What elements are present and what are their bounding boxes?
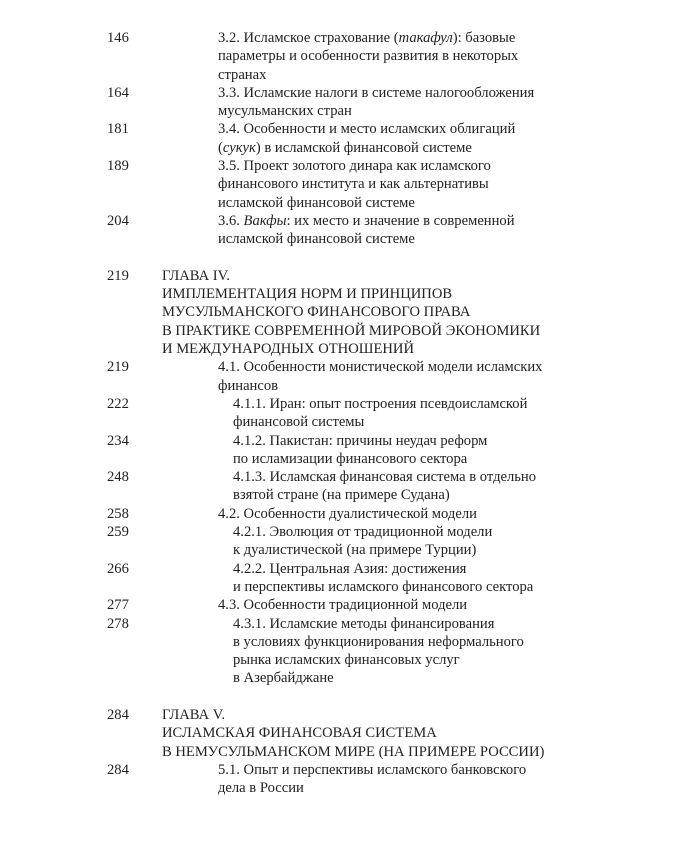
- entry-title: 4.1.3. Исламская финансовая система в от…: [233, 468, 675, 505]
- page-number: 222: [107, 395, 129, 413]
- entry-title: 4.1.2. Пакистан: причины неудач реформ п…: [233, 432, 675, 469]
- page-number: 181: [107, 120, 129, 138]
- page-number: 204: [107, 212, 129, 230]
- toc-entry-section: 1643.3. Исламские налоги в системе налог…: [0, 84, 675, 121]
- entry-title: 5.1. Опыт и перспективы исламского банко…: [218, 761, 675, 798]
- italic-term: сукук: [223, 140, 256, 156]
- toc-entry-section: 1813.4. Особенности и место исламских об…: [0, 120, 675, 157]
- page-number: 259: [107, 523, 129, 541]
- toc-entry-section: 1463.2. Исламское страхование (такафул):…: [0, 29, 675, 84]
- toc-entry-subsection: 2664.2.2. Центральная Азия: достижения и…: [0, 560, 675, 597]
- toc-entry-subsection: 2484.1.3. Исламская финансовая система в…: [0, 468, 675, 505]
- entry-title: 3.4. Особенности и место исламских облиг…: [218, 120, 675, 157]
- entry-title: 4.3.1. Исламские методы финансирования в…: [233, 615, 675, 688]
- toc-entry-subsection: 2224.1.1. Иран: опыт построения псевдоис…: [0, 395, 675, 432]
- page-number: 258: [107, 505, 129, 523]
- page-number: 189: [107, 157, 129, 175]
- italic-term: такафул: [399, 30, 453, 46]
- toc-entry-section: 2774.3. Особенности традиционной модели: [0, 596, 675, 614]
- entry-title: 4.2.1. Эволюция от традиционной модели к…: [233, 523, 675, 560]
- entry-title: 3.3. Исламские налоги в системе налогооб…: [218, 84, 675, 121]
- page-number: 284: [107, 706, 129, 724]
- entry-title: 3.6. Вакфы: их место и значение в соврем…: [218, 212, 675, 249]
- page-number: 277: [107, 596, 129, 614]
- page-number: 266: [107, 560, 129, 578]
- toc-entry-section: 2043.6. Вакфы: их место и значение в сов…: [0, 212, 675, 249]
- spacer: [0, 688, 675, 706]
- entry-title: 4.2.2. Центральная Азия: достижения и пе…: [233, 560, 675, 597]
- entry-title: ГЛАВА V. ИСЛАМСКАЯ ФИНАНСОВАЯ СИСТЕМА В …: [162, 706, 675, 761]
- entry-title: ГЛАВА IV. ИМПЛЕМЕНТАЦИЯ НОРМ И ПРИНЦИПОВ…: [162, 267, 675, 358]
- table-of-contents: 1463.2. Исламское страхование (такафул):…: [0, 29, 675, 797]
- toc-entry-section: 2845.1. Опыт и перспективы исламского ба…: [0, 761, 675, 798]
- page-number: 248: [107, 468, 129, 486]
- entry-title: 4.1.1. Иран: опыт построения псевдоислам…: [233, 395, 675, 432]
- toc-entry-section: 1893.5. Проект золотого динара как ислам…: [0, 157, 675, 212]
- entry-title: 3.5. Проект золотого динара как исламско…: [218, 157, 675, 212]
- page-number: 146: [107, 29, 129, 47]
- toc-entry-section: 2584.2. Особенности дуалистической модел…: [0, 505, 675, 523]
- toc-entry-chapter: 284ГЛАВА V. ИСЛАМСКАЯ ФИНАНСОВАЯ СИСТЕМА…: [0, 706, 675, 761]
- spacer: [0, 249, 675, 267]
- page-number: 284: [107, 761, 129, 779]
- page-number: 234: [107, 432, 129, 450]
- page-number: 219: [107, 267, 129, 285]
- entry-title: 4.3. Особенности традиционной модели: [218, 596, 675, 614]
- toc-entry-chapter: 219ГЛАВА IV. ИМПЛЕМЕНТАЦИЯ НОРМ И ПРИНЦИ…: [0, 267, 675, 358]
- entry-title: 4.2. Особенности дуалистической модели: [218, 505, 675, 523]
- toc-entry-subsection: 2594.2.1. Эволюция от традиционной модел…: [0, 523, 675, 560]
- entry-title: 3.2. Исламское страхование (такафул): ба…: [218, 29, 675, 84]
- italic-term: Вакфы: [244, 213, 287, 229]
- toc-entry-section: 2194.1. Особенности монистической модели…: [0, 358, 675, 395]
- page-number: 219: [107, 358, 129, 376]
- toc-entry-subsection: 2344.1.2. Пакистан: причины неудач рефор…: [0, 432, 675, 469]
- page-number: 164: [107, 84, 129, 102]
- page-number: 278: [107, 615, 129, 633]
- toc-entry-subsection: 2784.3.1. Исламские методы финансировани…: [0, 615, 675, 688]
- entry-title: 4.1. Особенности монистической модели ис…: [218, 358, 675, 395]
